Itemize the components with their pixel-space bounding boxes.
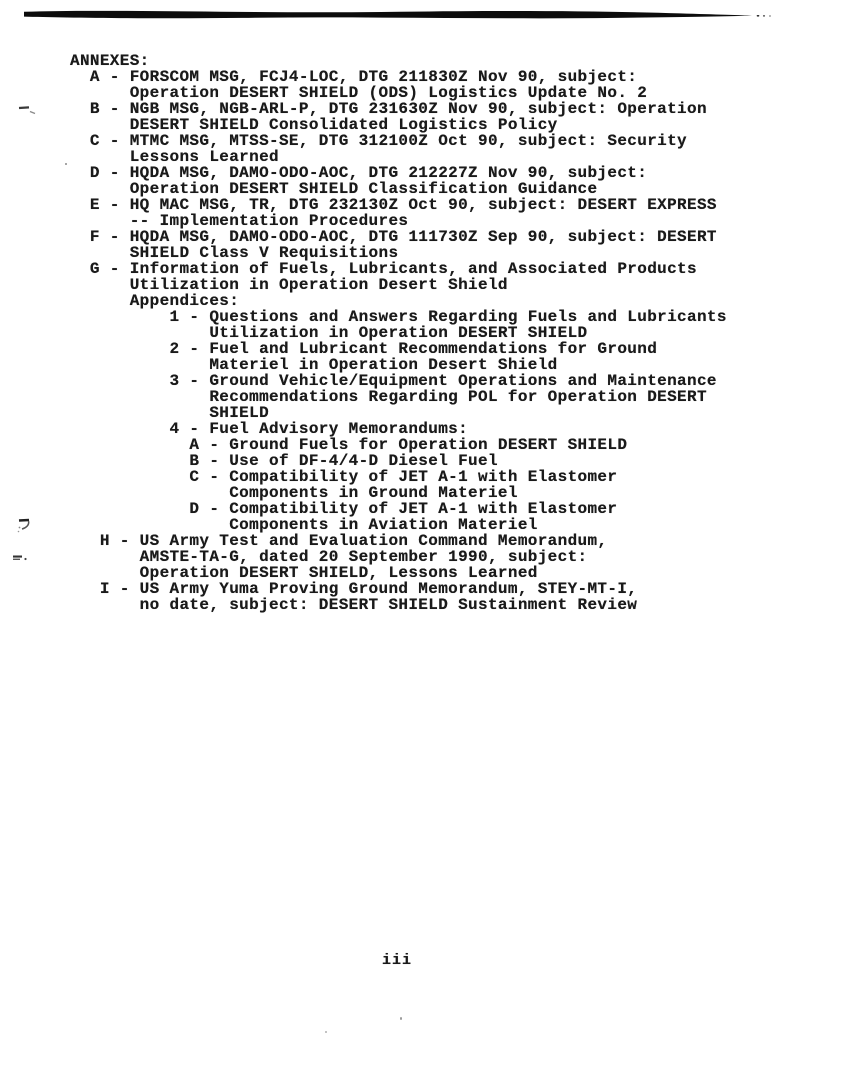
text-line: C - Compatibility of JET A-1 with Elasto… — [70, 469, 790, 485]
annex-lines: A - FORSCOM MSG, FCJ4-LOC, DTG 211830Z N… — [70, 69, 790, 613]
text-line: Recommendations Regarding POL for Operat… — [70, 389, 790, 405]
annex-list: ANNEXES: A - FORSCOM MSG, FCJ4-LOC, DTG … — [70, 53, 790, 613]
text-line: Lessons Learned — [70, 149, 790, 165]
text-line: DESERT SHIELD Consolidated Logistics Pol… — [70, 117, 790, 133]
text-line: -- Implementation Procedures — [70, 213, 790, 229]
scan-mark-left-margin-middle — [14, 514, 38, 538]
text-line: 3 - Ground Vehicle/Equipment Operations … — [70, 373, 790, 389]
text-line: AMSTE-TA-G, dated 20 September 1990, sub… — [70, 549, 790, 565]
text-line: A - Ground Fuels for Operation DESERT SH… — [70, 437, 790, 453]
text-line: no date, subject: DESERT SHIELD Sustainm… — [70, 597, 790, 613]
text-line: B - NGB MSG, NGB-ARL-P, DTG 231630Z Nov … — [70, 101, 790, 117]
text-line: H - US Army Test and Evaluation Command … — [70, 533, 790, 549]
text-line: B - Use of DF-4/4-D Diesel Fuel — [70, 453, 790, 469]
scan-speck — [400, 1017, 402, 1020]
text-line: Operation DESERT SHIELD Classification G… — [70, 181, 790, 197]
text-line: G - Information of Fuels, Lubricants, an… — [70, 261, 790, 277]
text-line: F - HQDA MSG, DAMO-ODO-AOC, DTG 111730Z … — [70, 229, 790, 245]
text-line: Appendices: — [70, 293, 790, 309]
text-line: I - US Army Yuma Proving Ground Memorand… — [70, 581, 790, 597]
text-line: SHIELD — [70, 405, 790, 421]
text-line: Materiel in Operation Desert Shield — [70, 357, 790, 373]
page-number: iii — [382, 952, 412, 969]
text-line: Operation DESERT SHIELD (ODS) Logistics … — [70, 85, 790, 101]
text-line: Utilization in Operation DESERT SHIELD — [70, 325, 790, 341]
text-line: E - HQ MAC MSG, TR, DTG 232130Z Oct 90, … — [70, 197, 790, 213]
scanned-document-page: ANNEXES: A - FORSCOM MSG, FCJ4-LOC, DTG … — [0, 0, 850, 1081]
scan-speck — [65, 163, 67, 165]
text-line: Utilization in Operation Desert Shield — [70, 277, 790, 293]
text-line: A - FORSCOM MSG, FCJ4-LOC, DTG 211830Z N… — [70, 69, 790, 85]
scan-speck — [325, 1031, 327, 1033]
scan-mark-left-margin-top — [14, 101, 40, 119]
text-line: 2 - Fuel and Lubricant Recommendations f… — [70, 341, 790, 357]
text-line: Components in Aviation Materiel — [70, 517, 790, 533]
scan-artifact-top-rule — [0, 0, 850, 30]
text-line: D - Compatibility of JET A-1 with Elasto… — [70, 501, 790, 517]
text-line: C - MTMC MSG, MTSS-SE, DTG 312100Z Oct 9… — [70, 133, 790, 149]
scan-mark-left-margin-lower — [10, 551, 32, 565]
text-line: SHIELD Class V Requisitions — [70, 245, 790, 261]
text-line: D - HQDA MSG, DAMO-ODO-AOC, DTG 212227Z … — [70, 165, 790, 181]
annexes-heading: ANNEXES: — [70, 53, 790, 69]
text-line: Components in Ground Materiel — [70, 485, 790, 501]
text-line: 1 - Questions and Answers Regarding Fuel… — [70, 309, 790, 325]
text-line: 4 - Fuel Advisory Memorandums: — [70, 421, 790, 437]
text-line: Operation DESERT SHIELD, Lessons Learned — [70, 565, 790, 581]
